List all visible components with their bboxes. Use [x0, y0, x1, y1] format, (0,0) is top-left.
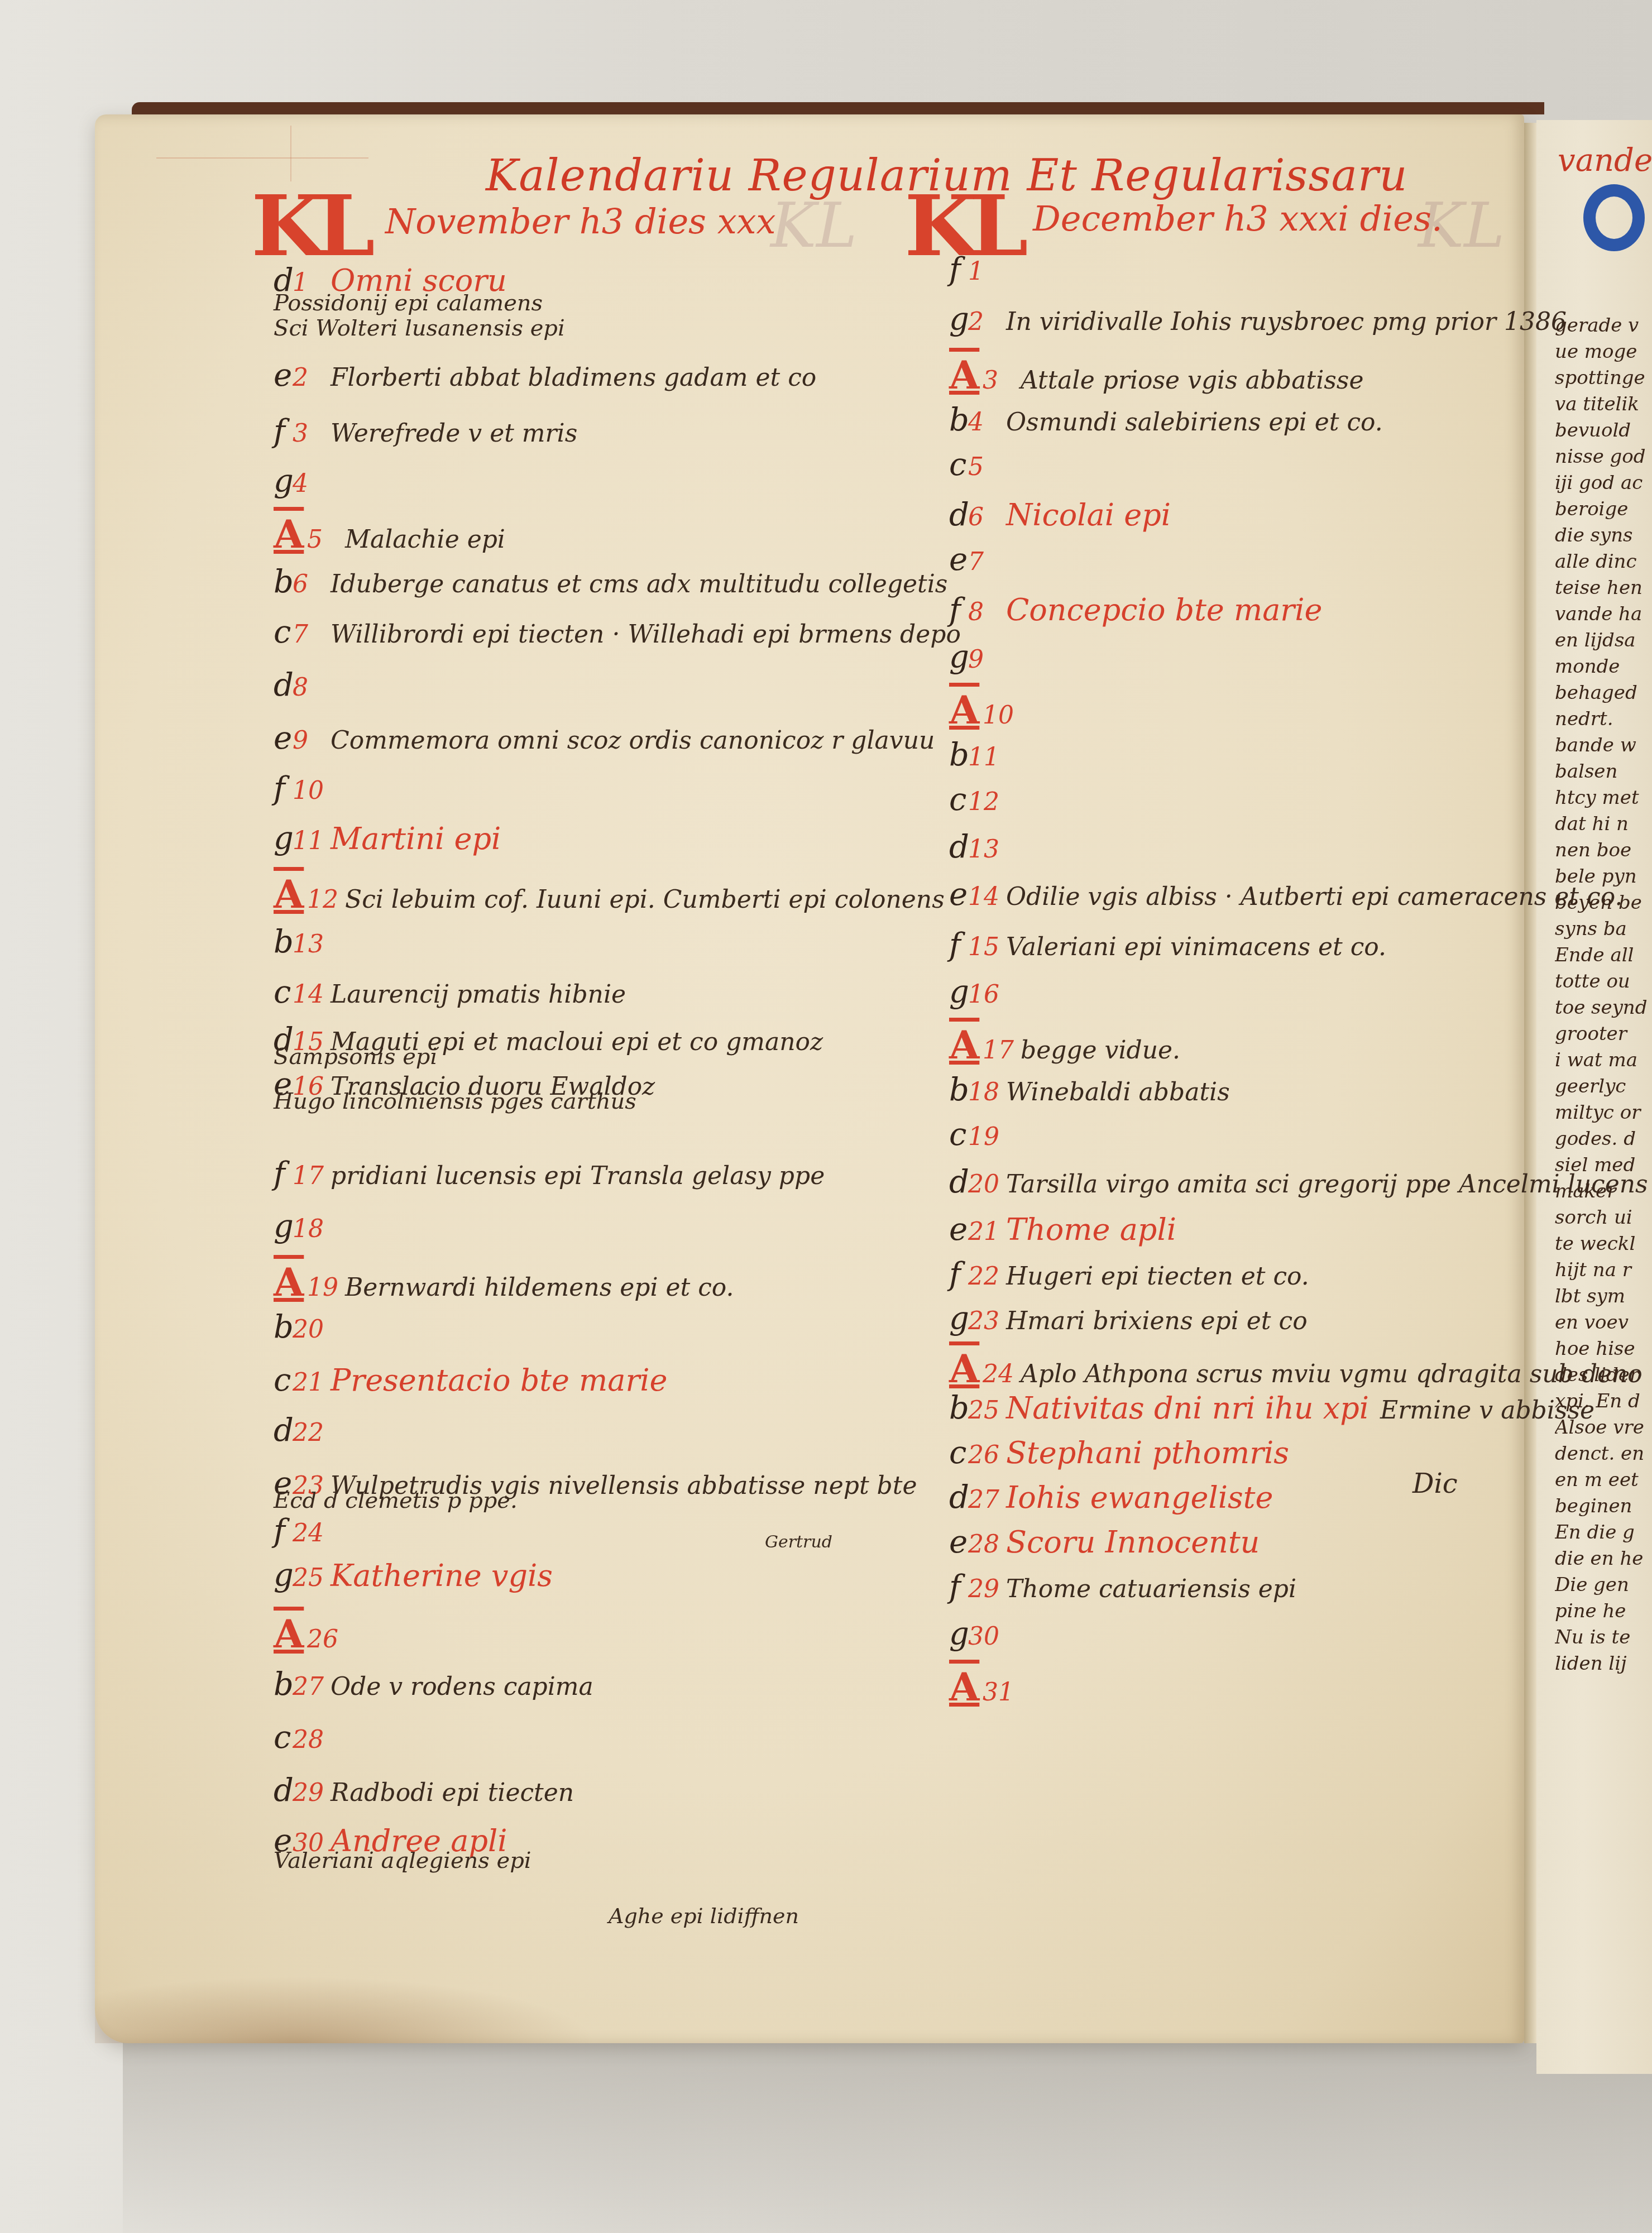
dominical-letter: c [949, 1435, 968, 1471]
facing-page-line: nen boe [1555, 837, 1652, 864]
day-number: 12 [307, 885, 338, 914]
feast-rubric: Katherine vgis [331, 1558, 553, 1593]
calendar-row: f29Thome catuariensis epi [949, 1569, 1296, 1605]
calendar-row: A5Malachie epi [274, 511, 505, 557]
day-number: 19 [307, 1273, 338, 1302]
dominical-letter: f [949, 927, 968, 963]
facing-page-line: godes. d [1555, 1126, 1652, 1152]
saint-entry: In viridivalle Iohis ruysbroec pmg prior… [1006, 308, 1567, 336]
day-number: 8 [293, 673, 324, 702]
facing-page-line: pine he [1555, 1598, 1652, 1625]
dominical-letter: A [949, 1022, 983, 1068]
day-number: 26 [968, 1441, 999, 1469]
facing-page-line: i wat ma [1555, 1047, 1652, 1074]
calendar-row: b11 [949, 737, 1006, 773]
calendar-row: A24Aplo Athpona scrus mviu vgmu qdragita… [949, 1345, 1643, 1392]
calendar-row: f15Valeriani epi vinimacens et co. [949, 927, 1386, 963]
day-number: 17 [293, 1162, 324, 1190]
day-number: 30 [968, 1622, 999, 1651]
dominical-letter: g [949, 1616, 968, 1652]
day-number: 6 [293, 570, 324, 598]
facing-page-line: htcy met [1555, 785, 1652, 811]
day-number: 29 [293, 1779, 324, 1807]
facing-page-line: totte ou [1555, 969, 1652, 995]
calendar-row: b20 [274, 1309, 331, 1345]
facing-page-line: bande w [1555, 732, 1652, 759]
calendar-row: g30 [949, 1616, 1006, 1652]
facing-page-text: gerade vue mogespottingeva titelikbevuol… [1555, 313, 1652, 1677]
day-number: 1 [968, 257, 999, 286]
calendar-row: g2In viridivalle Iohis ruysbroec pmg pri… [949, 301, 1567, 338]
facing-page-line: sorch ui [1555, 1205, 1652, 1231]
calendar-row: A26 [274, 1611, 345, 1657]
calendar-row: Ecd d clemetis p ppe. [274, 1488, 518, 1513]
calendar-row: b6Iduberge canatus et cms adx multitudu … [274, 564, 947, 600]
facing-page-line: balsen [1555, 759, 1652, 785]
ruling-line [156, 157, 368, 159]
calendar-row: f3Werefrede v et mris [274, 413, 577, 449]
day-number: 16 [968, 980, 999, 1009]
facing-page-line: behaged [1555, 680, 1652, 706]
day-number: 3 [983, 366, 1014, 395]
dominical-letter: f [274, 770, 293, 807]
dominical-letter: f [949, 251, 968, 287]
dominical-letter: e [949, 1524, 968, 1560]
day-number: 10 [983, 701, 1014, 730]
facing-page-line: en lijdsa [1555, 627, 1652, 654]
calendar-row: g23Hmari brixiens epi et co [949, 1301, 1308, 1337]
facing-page-line: hoe hise [1555, 1336, 1652, 1362]
calendar-row: d6Nicolai epi [949, 497, 1171, 533]
facing-page-line: toe seynd [1555, 995, 1652, 1021]
feast-rubric: Nativitas dni nri ihu xpi [1006, 1391, 1369, 1426]
calendar-row: e14Odilie vgis albiss · Autberti epi cam… [949, 876, 1622, 913]
calendar-row: b27Ode v rodens capima [274, 1666, 593, 1703]
day-number: 21 [293, 1368, 324, 1397]
facing-page-line: te weckl [1555, 1231, 1652, 1257]
facing-page-line: en m eet [1555, 1467, 1652, 1493]
dominical-letter: c [949, 782, 968, 818]
day-number: 5 [307, 525, 338, 554]
saint-entry: Attale priose vgis abbatisse [1021, 366, 1363, 395]
calendar-row: b13 [274, 924, 331, 960]
feast-rubric: Scoru Innocentu [1006, 1525, 1260, 1560]
dominical-letter: A [949, 1345, 983, 1392]
ruling-line [290, 126, 291, 181]
calendar-row: f24 [274, 1513, 331, 1549]
dominical-letter: f [949, 1256, 968, 1292]
calendar-row: Hugo lincolniensis pges carthus [274, 1089, 636, 1114]
dominical-letter: c [274, 1719, 293, 1756]
calendar-row: A12Sci lebuim cof. Iuuni epi. Cumberti e… [274, 871, 945, 917]
dominical-letter: f [274, 1156, 293, 1192]
calendar-row: d20Tarsilla virgo amita sci gregorij ppe… [949, 1164, 1652, 1200]
day-number: 4 [293, 469, 324, 498]
dominical-letter: d [949, 829, 968, 865]
day-number: 7 [293, 620, 324, 649]
facing-page-line: liden lij [1555, 1651, 1652, 1677]
facing-page-line: monde [1555, 654, 1652, 680]
facing-page-line: die syns [1555, 523, 1652, 549]
saint-entry: Odilie vgis albiss · Autberti epi camera… [1006, 883, 1622, 911]
day-number: 9 [968, 645, 999, 674]
dominical-letter: e [274, 357, 293, 394]
calendar-row: f1 [949, 251, 1006, 287]
facing-page-line: bele pyn [1555, 864, 1652, 890]
dominical-letter: f [949, 592, 968, 628]
feast-rubric: Iohis ewangeliste [1006, 1480, 1273, 1515]
facing-page-line: gerade v [1555, 313, 1652, 339]
facing-page-line: iji god ac [1555, 470, 1652, 496]
calendar-row: A3Attale priose vgis abbatisse [949, 352, 1363, 398]
day-number: 25 [968, 1396, 999, 1425]
calendar-row: g16 [949, 974, 1006, 1010]
facing-page-line: va titelik [1555, 391, 1652, 418]
dominical-letter: A [274, 1611, 307, 1657]
feast-rubric: Stephani pthomris [1006, 1435, 1289, 1470]
feast-rubric: Concepcio bte marie [1006, 592, 1322, 627]
dominical-letter: A [949, 1664, 983, 1710]
dominical-letter: c [274, 974, 293, 1010]
facing-page-line: grooter [1555, 1021, 1652, 1047]
dominical-letter: f [949, 1569, 968, 1605]
dominical-letter: A [274, 871, 307, 917]
calendar-row: d8 [274, 667, 331, 703]
day-number: 15 [968, 933, 999, 961]
calendar-row: Valeriani aqlegiens epi [274, 1848, 531, 1873]
month-heading-november: November h3 dies xxx [385, 201, 776, 242]
day-number: 4 [968, 408, 999, 437]
calendar-row: g4 [274, 463, 331, 500]
saint-entry: Thome catuariensis epi [1006, 1575, 1296, 1603]
dominical-letter: f [274, 413, 293, 449]
marginal-note-dec: Dic [1412, 1468, 1458, 1499]
day-number: 10 [293, 777, 324, 805]
dominical-letter: g [274, 1558, 293, 1594]
facing-page-line: maker [1555, 1178, 1652, 1205]
day-number: 20 [293, 1315, 324, 1344]
dominical-letter: g [274, 463, 293, 500]
feast-rubric: Martini epi [331, 821, 501, 856]
dominical-letter: c [274, 1362, 293, 1398]
day-number: 5 [968, 453, 999, 481]
calendar-row: g18 [274, 1209, 331, 1245]
feast-rubric: Presentacio bte marie [331, 1363, 667, 1398]
calendar-row: e2Florberti abbat bladimens gadam et co [274, 357, 816, 394]
dominical-letter: e [949, 876, 968, 913]
saint-entry: Werefrede v et mris [331, 419, 577, 448]
facing-page-line: hijt na r [1555, 1257, 1652, 1283]
calendar-row: b4Osmundi salebiriens epi et co. [949, 402, 1383, 438]
saint-entry: Hugo lincolniensis pges carthus [274, 1089, 636, 1114]
dominical-letter: b [949, 402, 968, 438]
saint-entry: Bernwardi hildemens epi et co. [345, 1273, 734, 1302]
saint-entry: Valeriani epi vinimacens et co. [1006, 933, 1386, 961]
calendar-row: A19Bernwardi hildemens epi et co. [274, 1259, 734, 1305]
day-number: 7 [968, 548, 999, 576]
day-number: 18 [968, 1078, 999, 1106]
saint-entry: begge vidue. [1021, 1036, 1180, 1065]
dominical-letter: b [274, 924, 293, 960]
facing-page-line: teise hen [1555, 575, 1652, 601]
calendar-row: d22 [274, 1412, 331, 1449]
saint-entry: Osmundi salebiriens epi et co. [1006, 408, 1383, 437]
day-number: 29 [968, 1575, 999, 1603]
calendar-row: c28 [274, 1719, 331, 1756]
book-gutter [1524, 123, 1536, 2043]
dominical-letter: b [274, 1666, 293, 1703]
saint-entry: Hmari brixiens epi et co [1006, 1307, 1308, 1335]
facing-page-line: siel med [1555, 1152, 1652, 1178]
dominical-letter: g [949, 639, 968, 675]
facing-page-line: nisse god [1555, 444, 1652, 470]
facing-page-line: dat hi n [1555, 811, 1652, 837]
calendar-row: c21Presentacio bte marie [274, 1362, 667, 1398]
dominical-letter: d [274, 1412, 293, 1449]
day-number: 6 [968, 503, 999, 531]
calendar-row: c26Stephani pthomris [949, 1435, 1289, 1471]
day-number: 14 [293, 980, 324, 1009]
dominical-letter: A [274, 1259, 307, 1305]
day-number: 22 [968, 1262, 999, 1291]
dominical-letter: A [949, 352, 983, 398]
day-number: 11 [293, 827, 324, 855]
facing-page-line: xpi. En d [1555, 1388, 1652, 1415]
saint-entry: Hugeri epi tiecten et co. [1006, 1262, 1309, 1291]
day-number: 22 [293, 1419, 324, 1447]
saint-entry: pridiani lucensis epi Transla gelasy ppe [331, 1162, 825, 1190]
day-number: 28 [968, 1530, 999, 1559]
dominical-letter: d [949, 1164, 968, 1200]
day-number: 20 [968, 1170, 999, 1199]
facing-page-line: des lider [1555, 1362, 1652, 1388]
day-number: 9 [293, 726, 324, 755]
facing-page-line: geerlyc [1555, 1074, 1652, 1100]
saint-entry: Possidonij epi calamens [274, 290, 543, 316]
day-number: 12 [968, 788, 999, 816]
blue-initial-o [1583, 184, 1645, 251]
day-number: 31 [983, 1678, 1014, 1707]
calendar-row: g9 [949, 639, 1006, 675]
saint-entry: Radbodi epi tiecten [331, 1779, 574, 1807]
calendar-row: b25Nativitas dni nri ihu xpiErmine v abb… [949, 1390, 1594, 1426]
dominical-letter: d [949, 1479, 968, 1516]
day-number: 3 [293, 419, 324, 448]
dominical-letter: b [949, 1390, 968, 1426]
saint-entry: Florberti abbat bladimens gadam et co [331, 363, 816, 392]
facing-page-line: Ende all [1555, 942, 1652, 969]
feast-rubric: Nicolai epi [1006, 497, 1171, 533]
saint-entry: Iduberge canatus et cms adx multitudu co… [331, 570, 947, 598]
calendar-row: f17pridiani lucensis epi Transla gelasy … [274, 1156, 825, 1192]
calendar-row: c19 [949, 1116, 1006, 1153]
facing-page-line: bevuold [1555, 418, 1652, 444]
dominical-letter: c [949, 447, 968, 483]
dominical-letter: c [949, 1116, 968, 1153]
day-number: 19 [968, 1123, 999, 1151]
saint-entry: Malachie epi [345, 525, 505, 554]
saint-entry: Ode v rodens capima [331, 1673, 593, 1701]
day-number: 27 [293, 1673, 324, 1701]
day-number: 24 [983, 1360, 1014, 1388]
calendar-row: A10 [949, 687, 1021, 733]
saint-entry: Valeriani aqlegiens epi [274, 1848, 531, 1873]
calendar-row: e7 [949, 542, 1006, 578]
calendar-row: e9Commemora omni scoz ordis canonicoz r … [274, 720, 935, 756]
dominical-letter: d [274, 1772, 293, 1809]
leather-binding-edge [132, 102, 1544, 114]
calendar-row: Possidonij epi calamens [274, 290, 543, 316]
saint-entry: Ecd d clemetis p ppe. [274, 1488, 518, 1513]
saint-entry: Sci Wolteri lusanensis epi [274, 315, 565, 341]
dominical-letter: b [949, 1072, 968, 1108]
facing-page-line: beginen [1555, 1493, 1652, 1520]
day-number: 27 [968, 1486, 999, 1514]
saint-entry: Willibrordi epi tiecten · Willehadi epi … [331, 620, 961, 649]
calendar-row: f8Concepcio bte marie [949, 592, 1322, 628]
calendar-row: d13 [949, 829, 1006, 865]
calendar-row: c12 [949, 782, 1006, 818]
day-number: 26 [307, 1625, 338, 1654]
calendar-row: e28Scoru Innocentu [949, 1524, 1260, 1560]
dominical-letter: b [949, 737, 968, 773]
facing-page-line: denct. en [1555, 1441, 1652, 1467]
marginal-note-agathe: Aghe epi lidiffnen [609, 1904, 799, 1928]
day-number: 17 [983, 1036, 1014, 1065]
saint-entry: Sci lebuim cof. Iuuni epi. Cumberti epi … [345, 885, 945, 914]
calendar-row: c5 [949, 447, 1006, 483]
dominical-letter: g [949, 301, 968, 338]
facing-page-line: alle dinc [1555, 549, 1652, 575]
day-number: 11 [968, 743, 999, 772]
facing-page-line: Die gen [1555, 1572, 1652, 1598]
month-heading-december: December h3 xxxi dies. [1033, 198, 1443, 239]
calendar-row: c14Laurencij pmatis hibnie [274, 974, 626, 1010]
facing-page-heading: vande [1558, 142, 1652, 179]
day-number: 8 [968, 598, 999, 626]
day-number: 24 [293, 1519, 324, 1547]
saint-entry: Commemora omni scoz ordis canonicoz r gl… [331, 726, 935, 755]
facing-page-line: beyen be [1555, 890, 1652, 916]
facing-page-line: en voev [1555, 1310, 1652, 1336]
dominical-letter: g [274, 1209, 293, 1245]
facing-page-line: lbt sym [1555, 1283, 1652, 1310]
day-number: 2 [968, 308, 999, 336]
calendar-row: A17begge vidue. [949, 1022, 1180, 1068]
dominical-letter: f [274, 1513, 293, 1549]
dominical-letter: c [274, 614, 293, 650]
dominical-letter: d [949, 497, 968, 533]
marginal-note-gertrud: Gertrud [765, 1532, 832, 1552]
dominical-letter: b [274, 564, 293, 600]
facing-page-line: En die g [1555, 1520, 1652, 1546]
facing-page-line: vande ha [1555, 601, 1652, 627]
facing-page-line: die en he [1555, 1546, 1652, 1572]
calendar-row: f22Hugeri epi tiecten et co. [949, 1256, 1309, 1292]
dominical-letter: A [274, 511, 307, 557]
day-number: 14 [968, 883, 999, 911]
dominical-letter: g [949, 974, 968, 1010]
calendar-row: f10 [274, 770, 331, 807]
calendar-row: d29Radbodi epi tiecten [274, 1772, 574, 1809]
saint-entry: Laurencij pmatis hibnie [331, 980, 626, 1009]
dominical-letter: b [274, 1309, 293, 1345]
dominical-letter: e [949, 542, 968, 578]
dominical-letter: g [949, 1301, 968, 1337]
facing-page-line: miltyc or [1555, 1100, 1652, 1126]
facing-page-line: Nu is te [1555, 1625, 1652, 1651]
dominical-letter: e [949, 1211, 968, 1248]
facing-page-line: spottinge [1555, 365, 1652, 391]
calendar-row: g11Martini epi [274, 821, 501, 857]
feast-rubric: Thome apli [1006, 1212, 1176, 1247]
calendar-row: Sci Wolteri lusanensis epi [274, 315, 565, 341]
calendar-row: g25Katherine vgis [274, 1558, 553, 1594]
calendar-row: A31 [949, 1664, 1021, 1710]
dominical-letter: d [274, 667, 293, 703]
day-number: 2 [293, 363, 324, 392]
day-number: 18 [293, 1215, 324, 1243]
dominical-letter: A [949, 687, 983, 733]
calendar-row: c7Willibrordi epi tiecten · Willehadi ep… [274, 614, 961, 650]
day-number: 21 [968, 1218, 999, 1246]
dominical-letter: e [274, 720, 293, 756]
dominical-letter: g [274, 821, 293, 857]
facing-page-line: nedrt. [1555, 706, 1652, 732]
facing-page-line: ue moge [1555, 339, 1652, 365]
day-number: 23 [968, 1307, 999, 1335]
facing-page-line: beroige [1555, 496, 1652, 523]
day-number: 25 [293, 1564, 324, 1592]
facing-page-line: syns ba [1555, 916, 1652, 942]
saint-entry: Winebaldi abbatis [1006, 1078, 1230, 1106]
day-number: 13 [968, 835, 999, 864]
day-number: 13 [293, 930, 324, 959]
day-number: 28 [293, 1726, 324, 1754]
saint-entry: Aplo Athpona scrus mviu vgmu qdragita su… [1021, 1360, 1643, 1388]
kl-initial-november: KL [251, 184, 367, 268]
facing-page-line: Alsoe vre [1555, 1415, 1652, 1441]
calendar-row: d27Iohis ewangeliste [949, 1479, 1273, 1516]
calendar-row: e21Thome apli [949, 1211, 1176, 1248]
calendar-row: b18Winebaldi abbatis [949, 1072, 1230, 1108]
